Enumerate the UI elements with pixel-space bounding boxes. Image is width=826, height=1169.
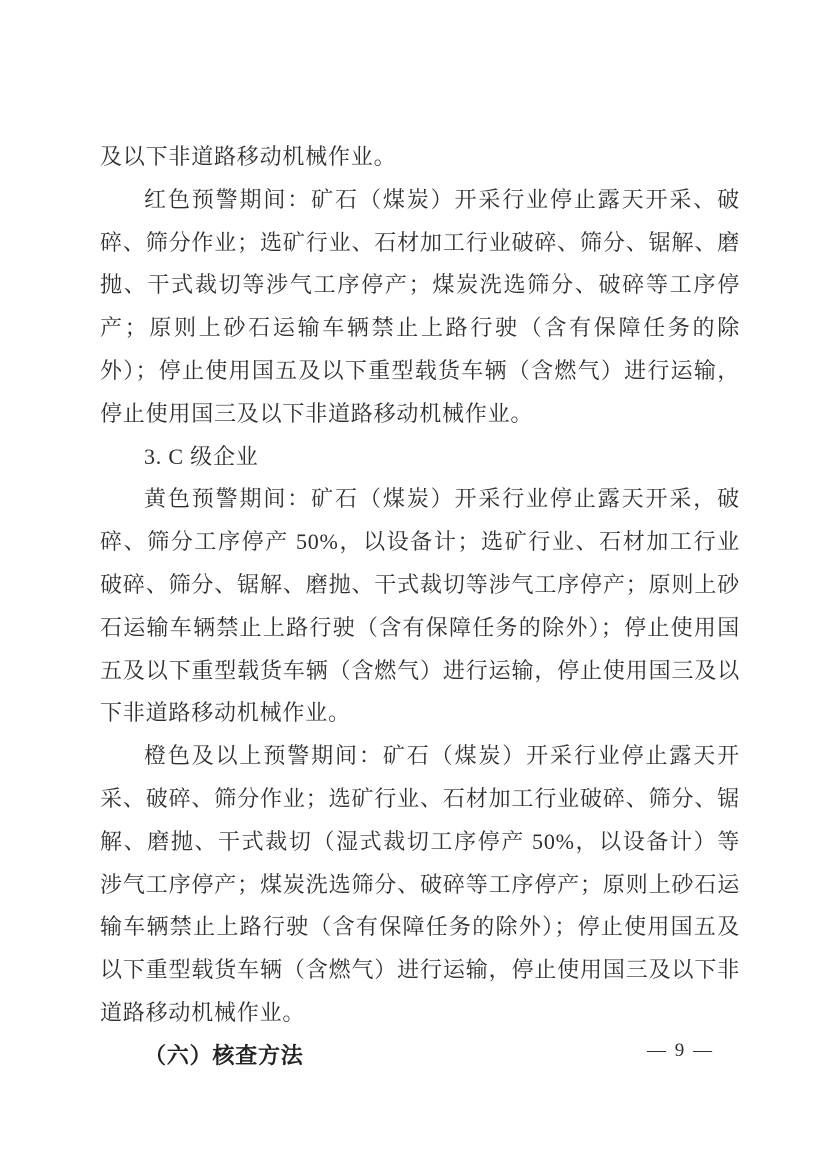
page-number: — 9 — — [647, 1040, 714, 1062]
paragraph-yellow-warning: 黄色预警期间：矿石（煤炭）开采行业停止露天开采，破碎、筛分工序停产 50%，以设… — [100, 478, 740, 735]
paragraph-red-warning: 红色预警期间：矿石（煤炭）开采行业停止露天开采、破碎、筛分作业；选矿行业、石材加… — [100, 179, 740, 436]
document-body: 及以下非道路移动机械作业。 红色预警期间：矿石（煤炭）开采行业停止露天开采、破碎… — [100, 136, 740, 1078]
paragraph-orange-warning: 橙色及以上预警期间：矿石（煤炭）开采行业停止露天开采、破碎、筛分作业；选矿行业、… — [100, 735, 740, 1035]
paragraph-c-level-enterprise-heading: 3. C 级企业 — [100, 436, 740, 479]
paragraph-continuation: 及以下非道路移动机械作业。 — [100, 136, 740, 179]
section-heading-verification-method: （六）核查方法 — [100, 1035, 740, 1078]
document-page: 及以下非道路移动机械作业。 红色预警期间：矿石（煤炭）开采行业停止露天开采、破碎… — [0, 0, 826, 1169]
